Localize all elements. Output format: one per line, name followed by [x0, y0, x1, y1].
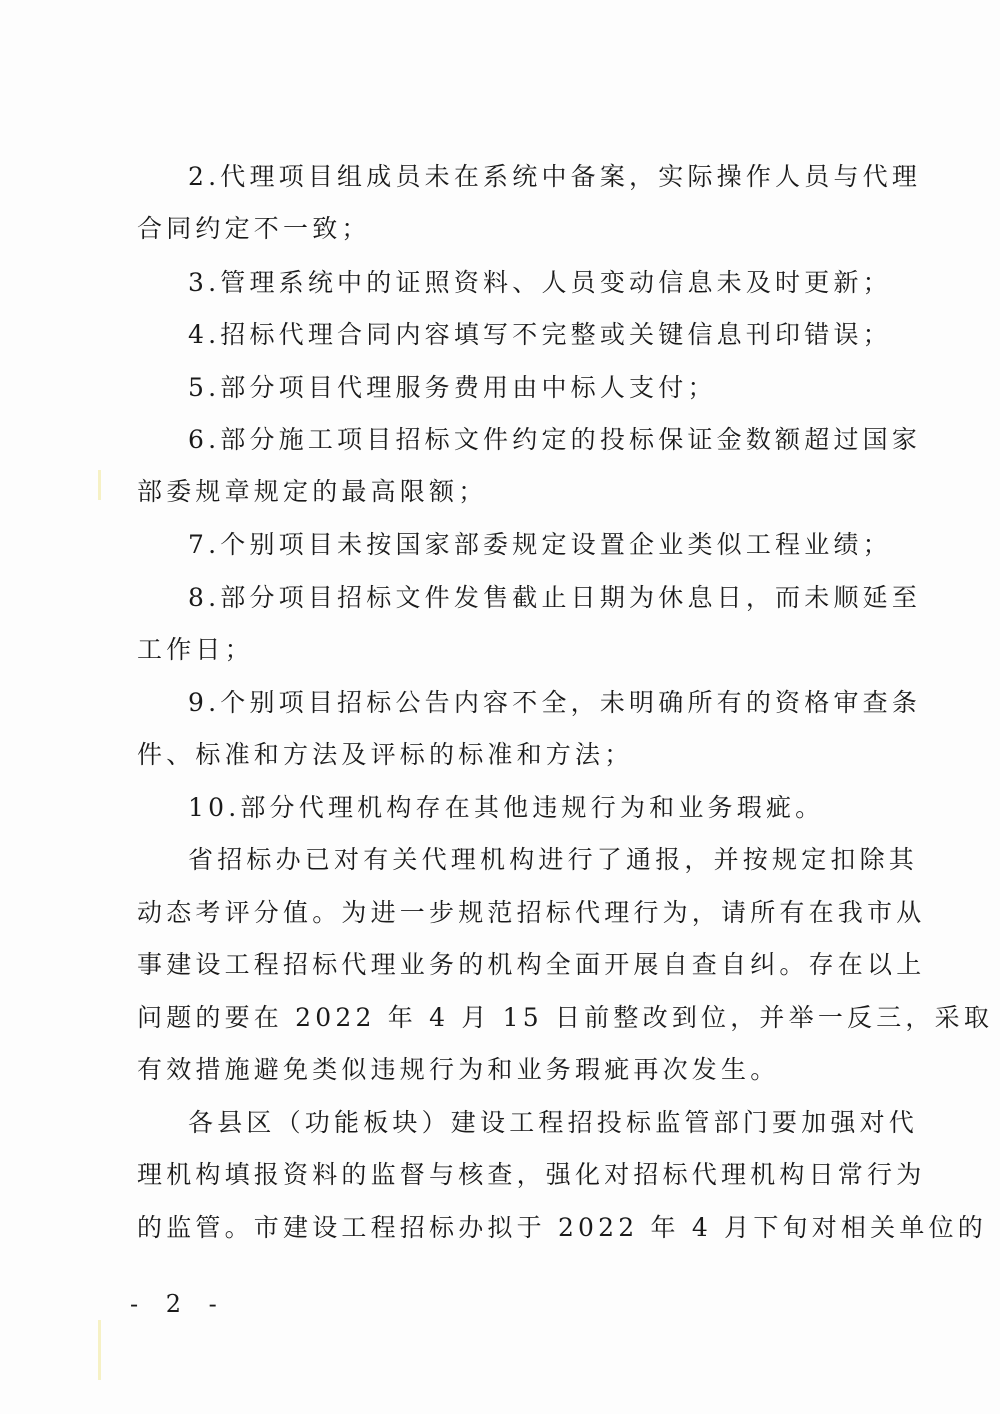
text-line: 事建设工程招标代理业务的机构全面开展自查自纠。存在以上 — [137, 950, 867, 980]
text-line: 动态考评分值。为进一步规范招标代理行为，请所有在我市从 — [137, 898, 867, 928]
binding-mark — [98, 470, 101, 500]
text-line: 合同约定不一致； — [137, 214, 867, 244]
text-line: 省招标办已对有关代理机构进行了通报，并按规定扣除其 — [188, 845, 867, 875]
text-line: 问题的要在 2022 年 4 月 15 日前整改到位，并举一反三，采取 — [137, 1003, 867, 1033]
text-line: 6.部分施工项目招标文件约定的投标保证金数额超过国家 — [188, 425, 867, 455]
text-line: 3.管理系统中的证照资料、人员变动信息未及时更新； — [188, 268, 867, 298]
text-line: 5.部分项目代理服务费用由中标人支付； — [188, 373, 867, 403]
text-line: 9.个别项目招标公告内容不全，未明确所有的资格审查条 — [188, 688, 867, 718]
text-line: 件、标准和方法及评标的标准和方法； — [137, 740, 867, 770]
text-line: 理机构填报资料的监督与核查，强化对招标代理机构日常行为 — [137, 1160, 867, 1190]
text-line: 部委规章规定的最高限额； — [137, 477, 867, 507]
text-line: 有效措施避免类似违规行为和业务瑕疵再次发生。 — [137, 1055, 867, 1085]
text-line: 的监管。市建设工程招标办拟于 2022 年 4 月下旬对相关单位的 — [137, 1213, 867, 1243]
page-number: - 2 - — [130, 1290, 227, 1318]
binding-mark — [98, 1320, 101, 1380]
text-line: 4.招标代理合同内容填写不完整或关键信息刊印错误； — [188, 320, 867, 350]
text-line: 8.部分项目招标文件发售截止日期为休息日，而未顺延至 — [188, 583, 867, 613]
text-line: 工作日； — [137, 635, 867, 665]
text-line: 10.部分代理机构存在其他违规行为和业务瑕疵。 — [188, 793, 867, 823]
document-page: 2.代理项目组成员未在系统中备案，实际操作人员与代理 合同约定不一致； 3.管理… — [0, 0, 1000, 1414]
text-line: 7.个别项目未按国家部委规定设置企业类似工程业绩； — [188, 530, 867, 560]
text-line: 2.代理项目组成员未在系统中备案，实际操作人员与代理 — [188, 162, 867, 192]
text-line: 各县区（功能板块）建设工程招投标监管部门要加强对代 — [188, 1108, 867, 1138]
